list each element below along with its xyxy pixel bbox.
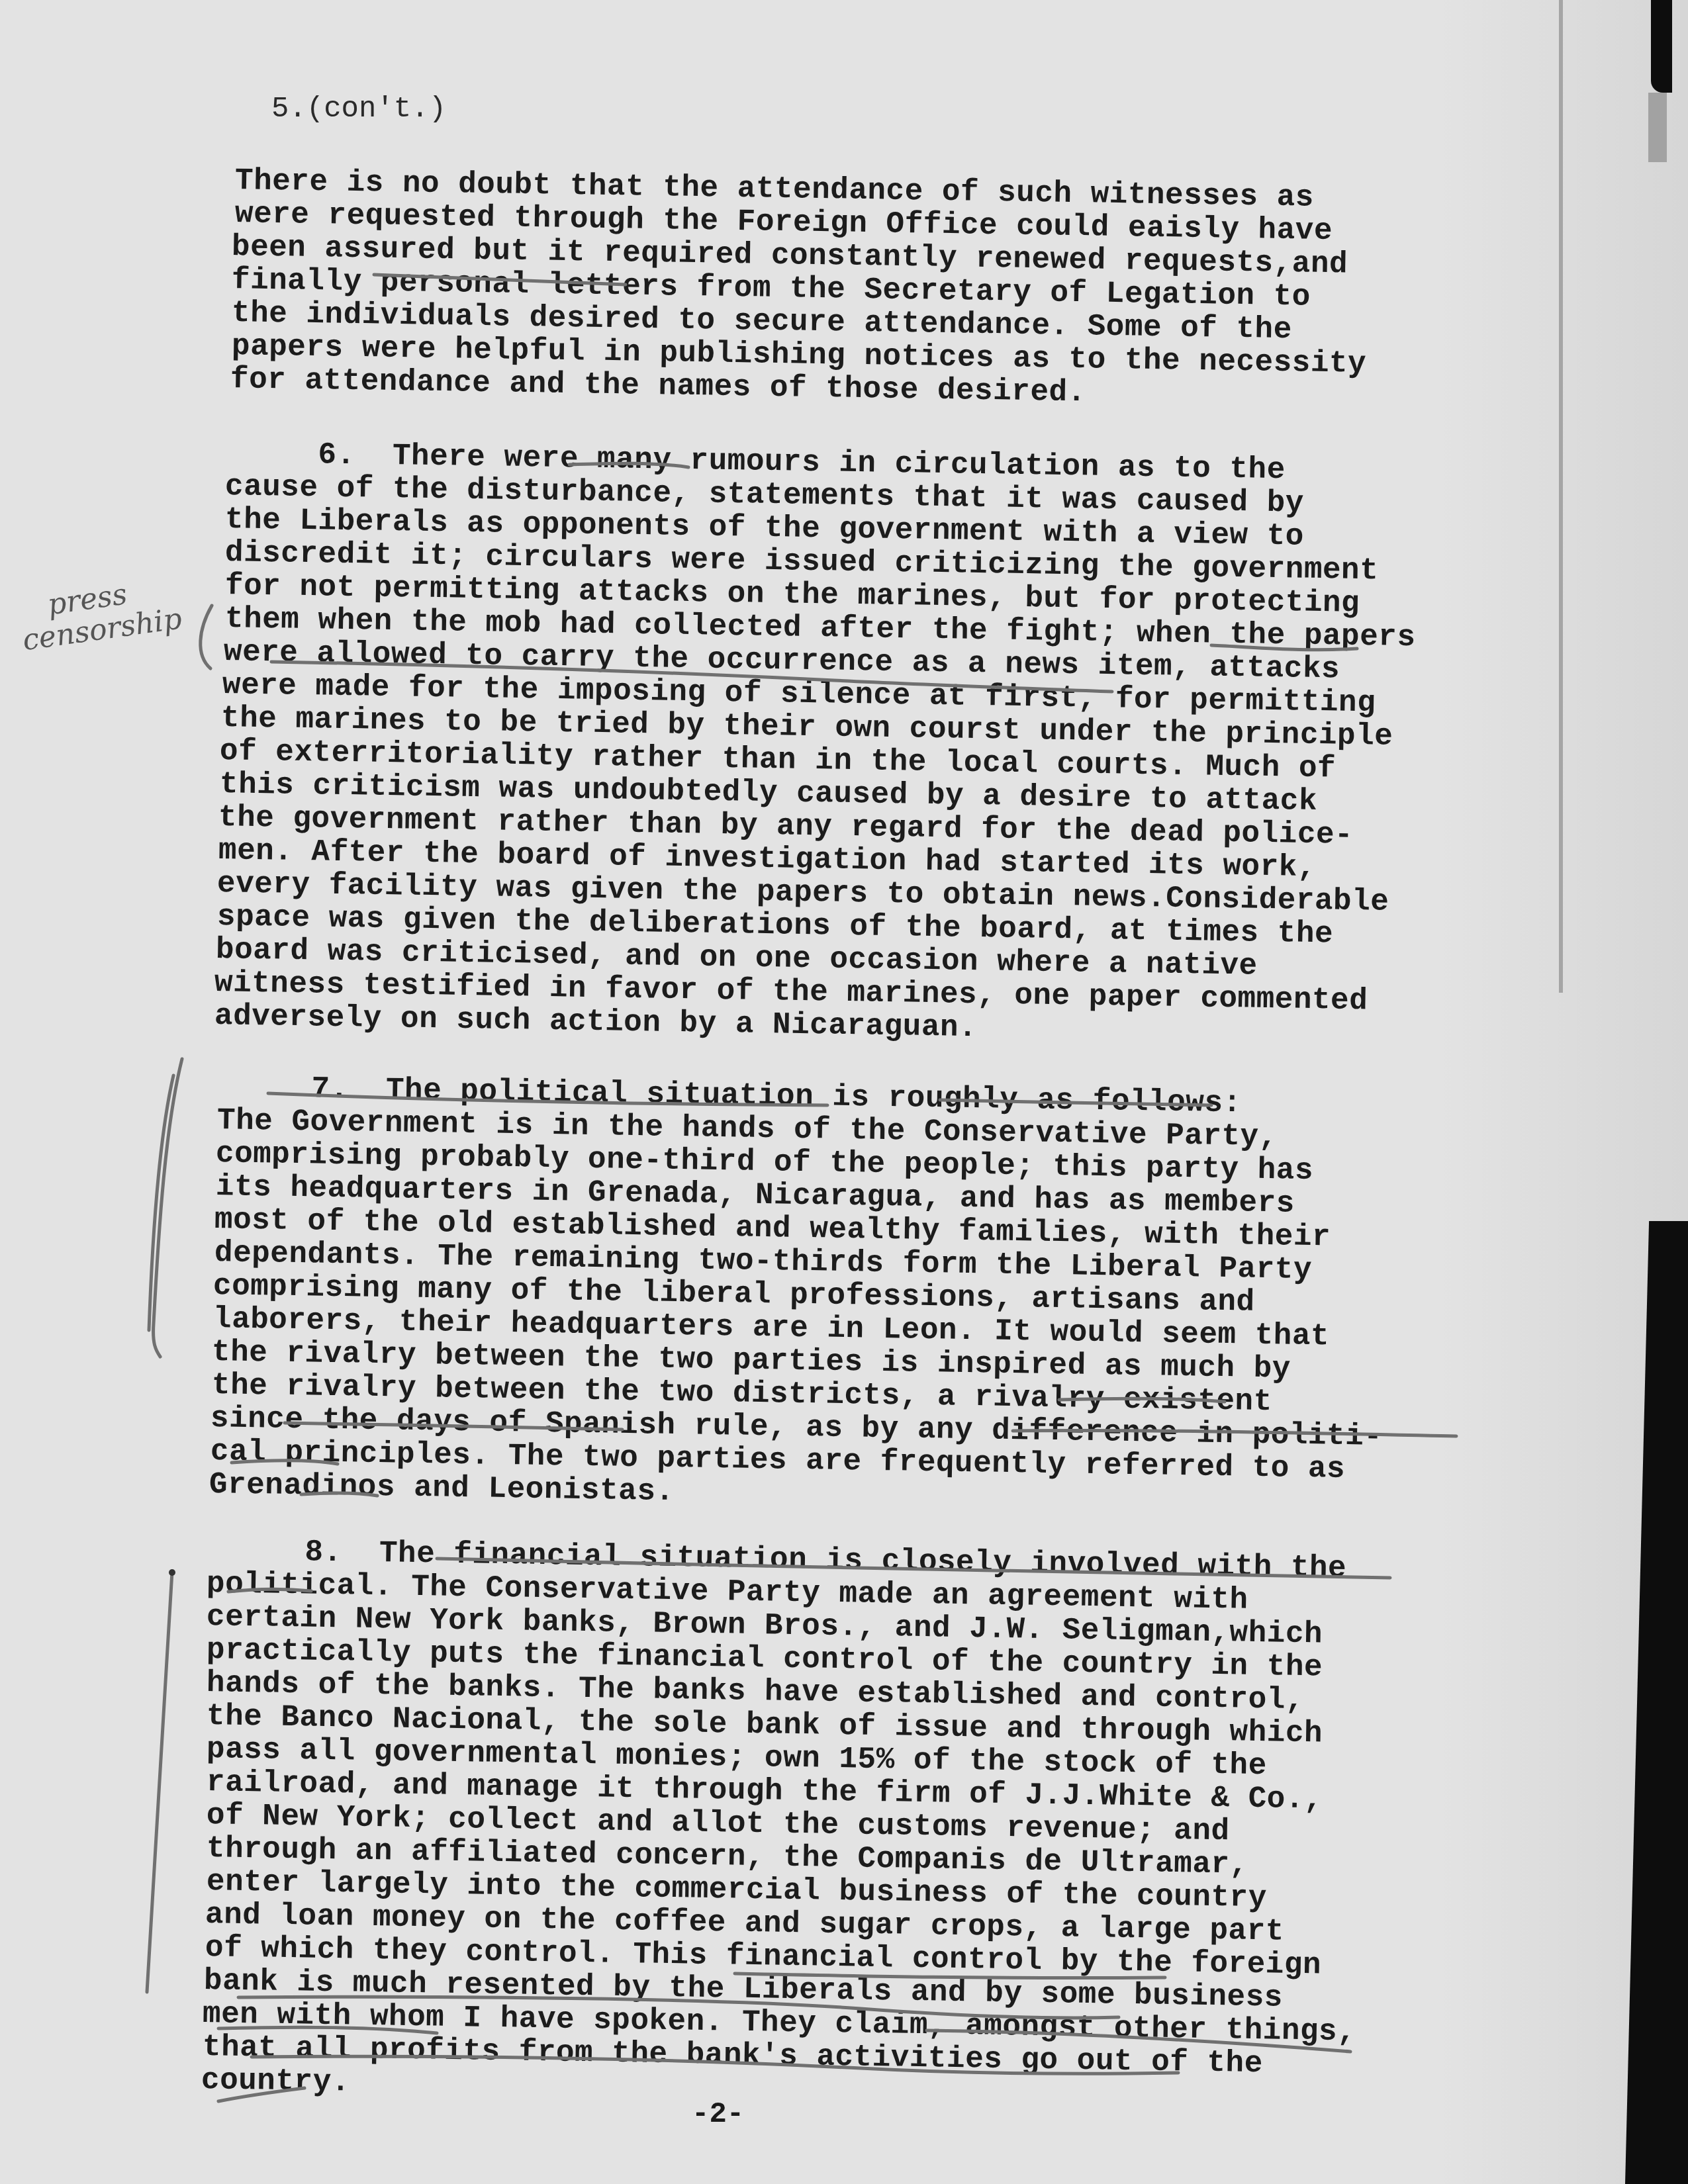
scan-edge-line [1559, 0, 1563, 993]
margin-annotation-press-censorship: press censorship [16, 572, 183, 657]
scan-edge-strip-bottom [1625, 1221, 1688, 2184]
text-line: Grenadinos and Leonistas. [209, 1468, 675, 1508]
page-number: -2- [692, 2098, 744, 2131]
continuation-heading: 5.(con't.) [271, 93, 446, 126]
scan-edge-strip-mid [1648, 93, 1667, 162]
margin-dot [169, 1569, 175, 1576]
margin-line-paragraph-7b [149, 1075, 173, 1330]
scan-edge-strip-top [1651, 0, 1672, 93]
margin-line-paragraph-8 [147, 1572, 172, 1992]
text-line: country. [201, 2064, 351, 2099]
bracket-press-censorship [201, 606, 212, 668]
margin-line-paragraph-7a [154, 1059, 182, 1357]
